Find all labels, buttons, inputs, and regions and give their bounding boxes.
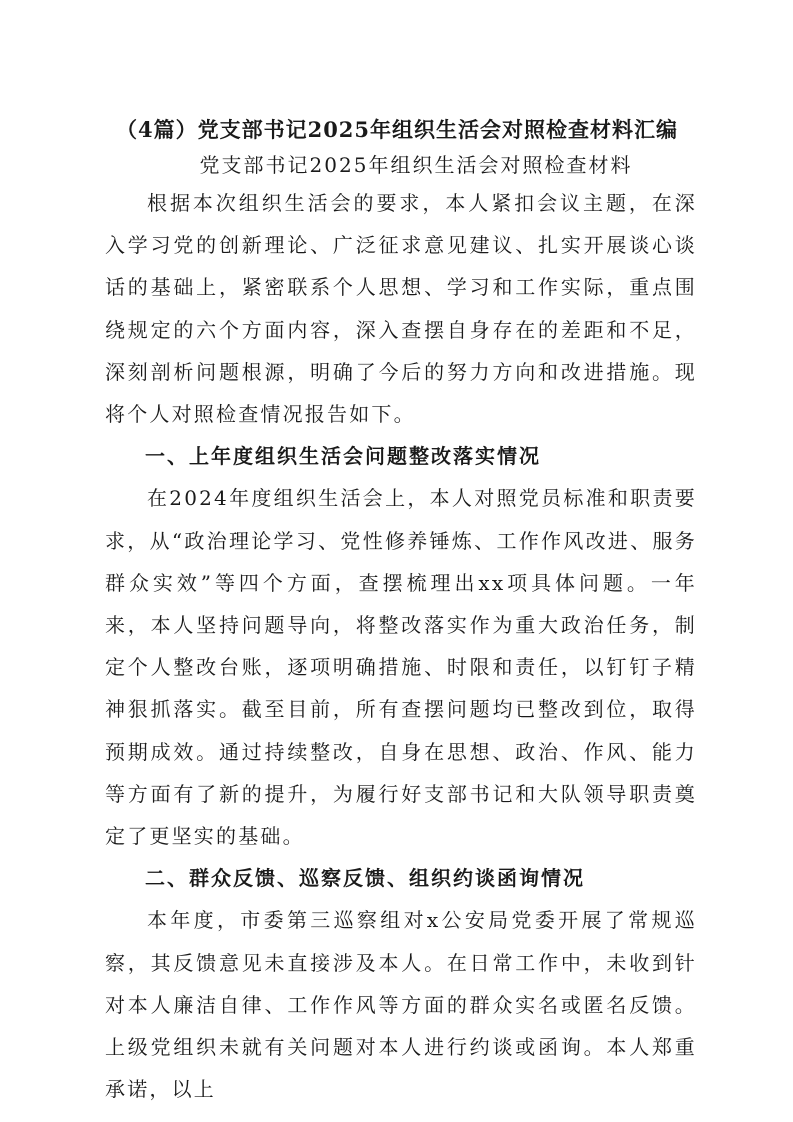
document-title: （4篇）党支部书记2025年组织生活会对照检查材料汇编: [97, 112, 697, 148]
document-subtitle: 党支部书记2025年组织生活会对照检查材料: [135, 148, 697, 182]
section-heading-2: 二、群众反馈、巡察反馈、组织约谈函询情况: [105, 857, 697, 899]
section-body-2: 本年度，市委第三巡察组对x公安局党委开展了常规巡察，其反馈意见未直接涉及本人。在…: [105, 899, 697, 1110]
section-body-1: 在2024年度组织生活会上，本人对照党员标准和职责要求，从“政治理论学习、党性修…: [105, 477, 697, 857]
section-heading-1: 一、上年度组织生活会问题整改落实情况: [105, 435, 697, 477]
intro-paragraph: 根据本次组织生活会的要求，本人紧扣会议主题，在深入学习党的创新理论、广泛征求意见…: [105, 182, 697, 435]
document-page: （4篇）党支部书记2025年组织生活会对照检查材料汇编 党支部书记2025年组织…: [105, 112, 697, 1110]
